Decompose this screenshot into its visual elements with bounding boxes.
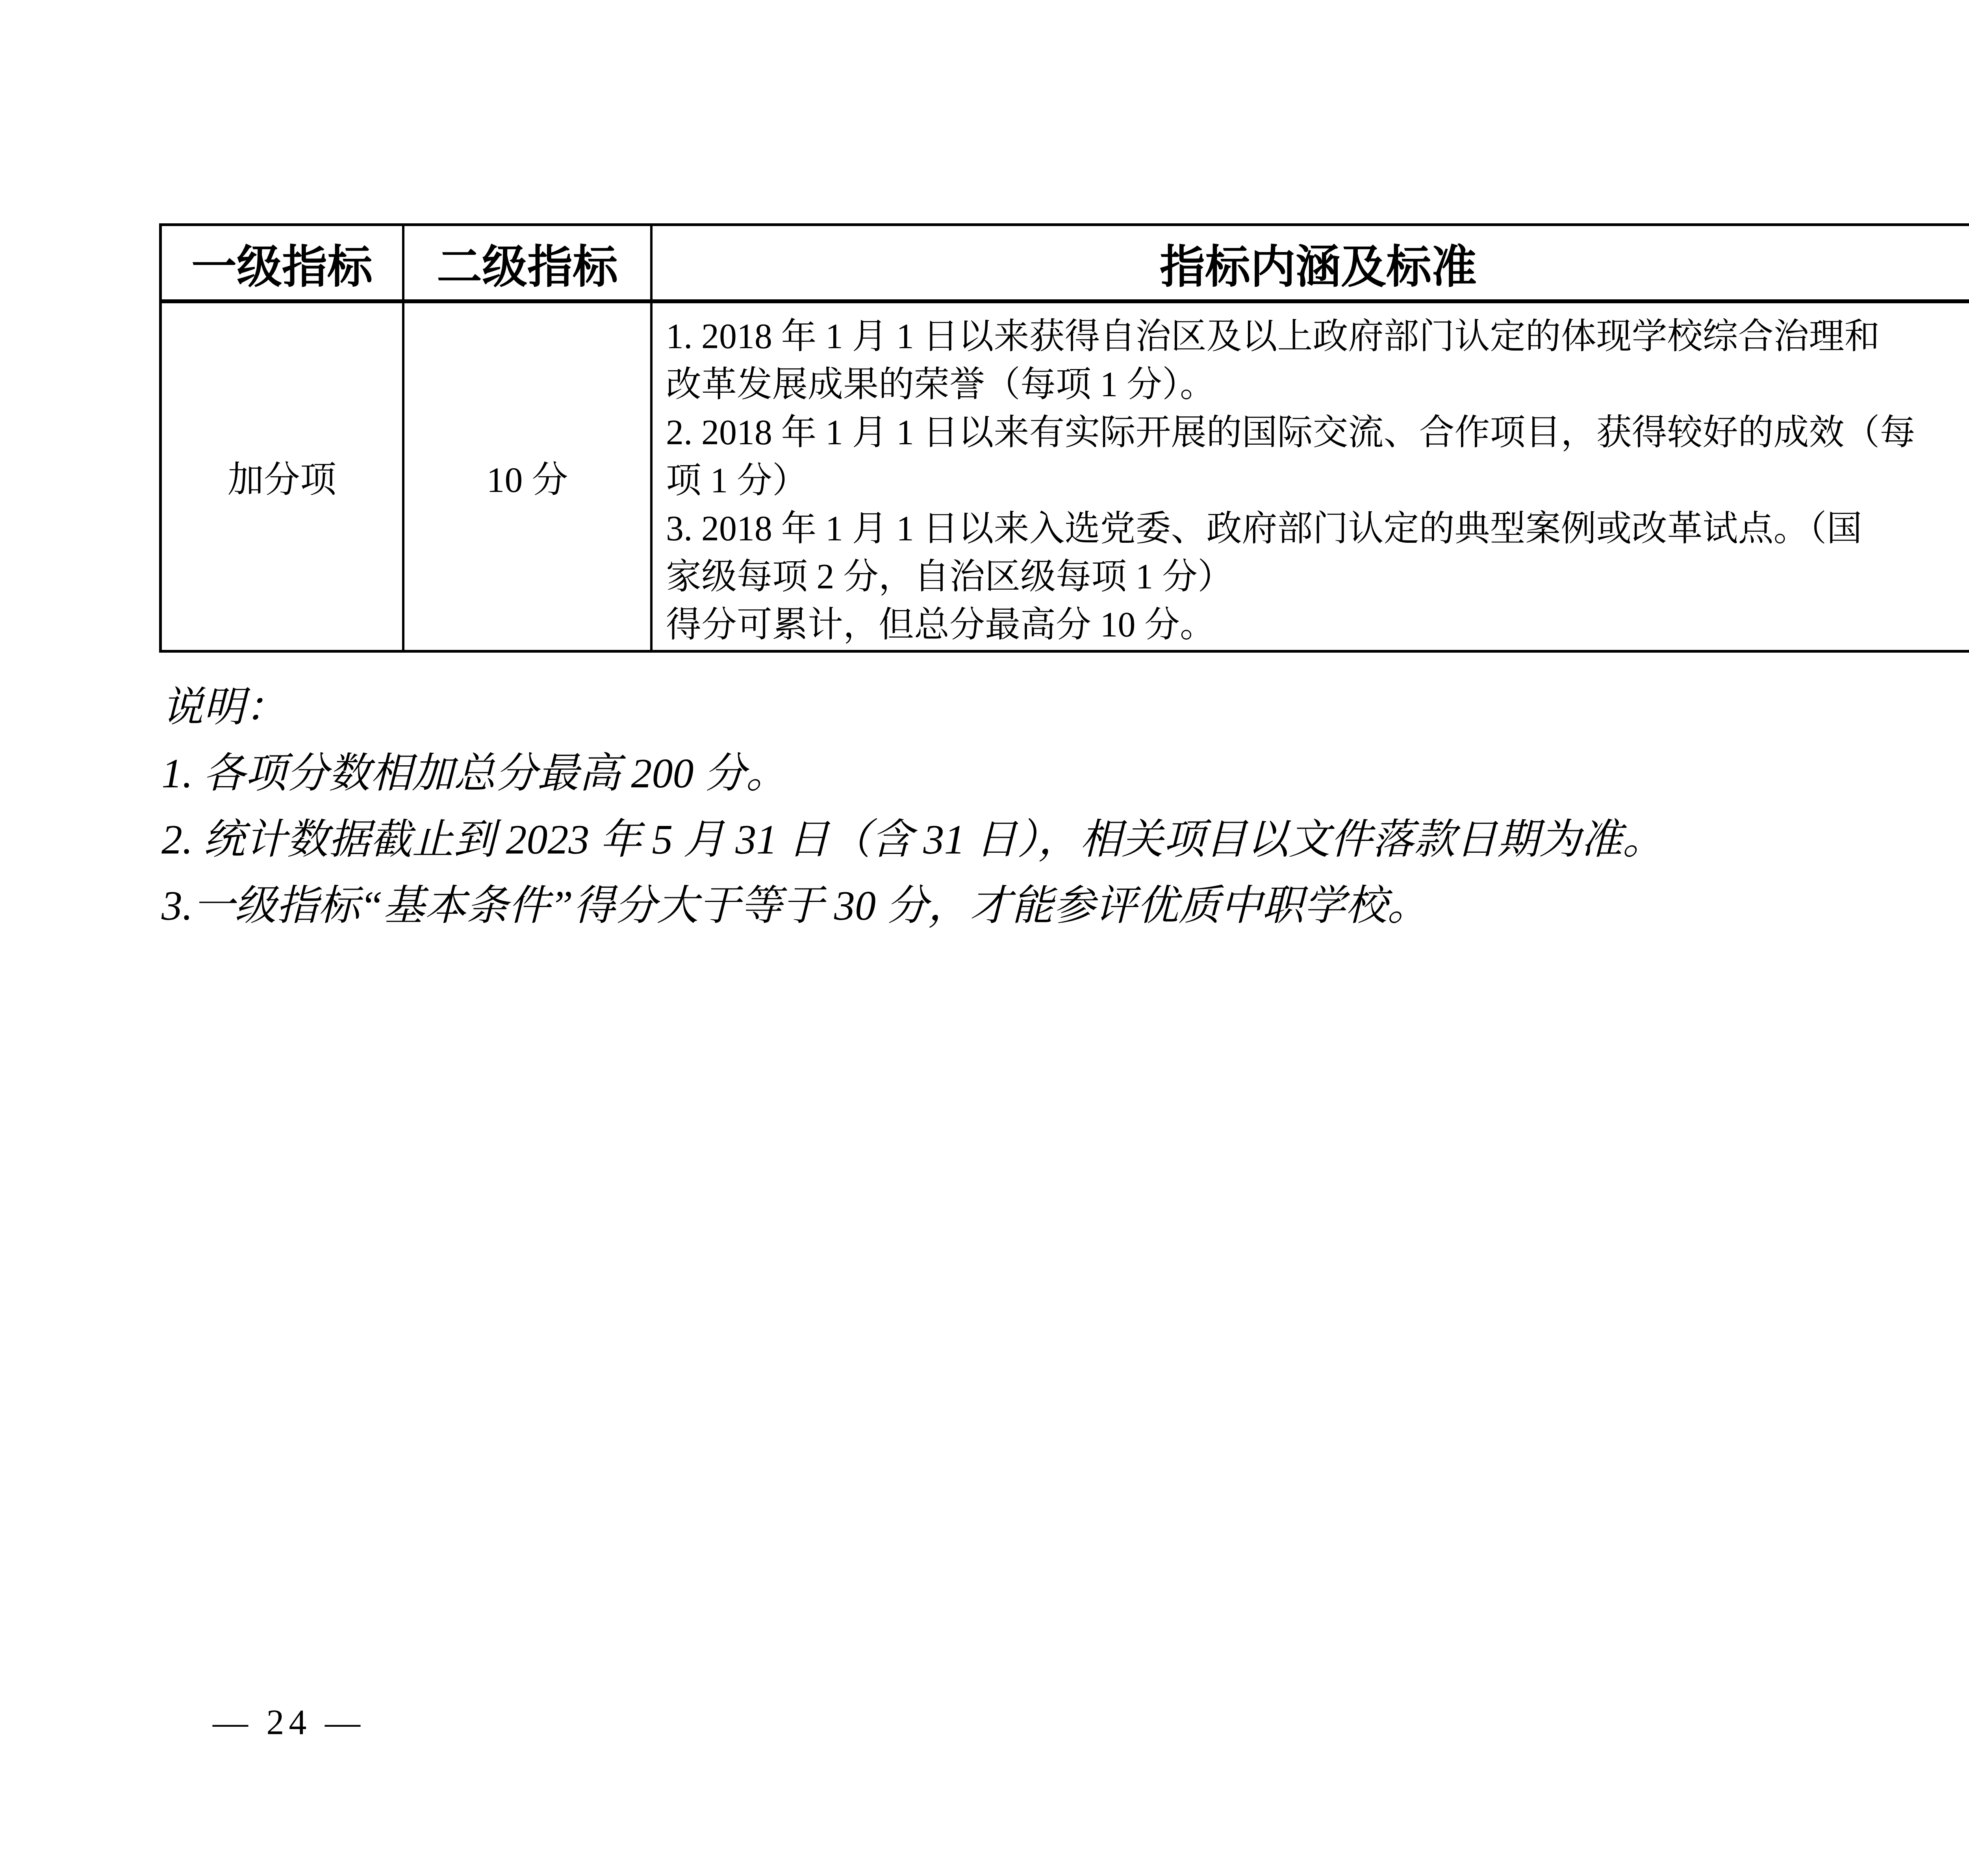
- note-item-2: 2. 统计数据截止到 2023 年 5 月 31 日（含 31 日），相关项目以…: [161, 807, 1664, 873]
- header-cell-criteria: 指标内涵及标准: [653, 226, 1969, 303]
- level2-indicator-value: 10 分: [486, 451, 568, 503]
- header-label: 一级指标: [191, 230, 373, 295]
- header-label: 二级指标: [437, 230, 618, 295]
- header-label: 指标内涵及标准: [1160, 230, 1477, 295]
- page-number: — 24 —: [213, 1702, 365, 1743]
- header-cell-level2-indicator: 二级指标: [404, 226, 653, 303]
- document-page: { "colors": { "text": "#000000", "table_…: [0, 0, 1969, 1876]
- cell-level2-indicator: 10 分: [404, 303, 653, 650]
- notes-title: 说明：: [161, 674, 1664, 740]
- notes-section: 说明： 1. 各项分数相加总分最高 200 分。 2. 统计数据截止到 2023…: [161, 674, 1664, 939]
- note-item-1: 1. 各项分数相加总分最高 200 分。: [161, 740, 1664, 807]
- note-item-3: 3.一级指标“基本条件”得分大于等于 30 分，才能参评优质中职学校。: [161, 873, 1664, 939]
- cell-criteria: 1. 2018 年 1 月 1 日以来获得自治区及以上政府部门认定的体现学校综合…: [653, 303, 1969, 650]
- indicator-table: 一级指标 二级指标 指标内涵及标准 支撑材料 备注 加分项 10 分 1. 20…: [159, 223, 1969, 653]
- level1-indicator-value: 加分项: [228, 451, 336, 503]
- cell-level1-indicator: 加分项: [162, 303, 404, 650]
- header-cell-level1-indicator: 一级指标: [162, 226, 404, 303]
- criteria-text: 1. 2018 年 1 月 1 日以来获得自治区及以上政府部门认定的体现学校综合…: [666, 313, 1969, 649]
